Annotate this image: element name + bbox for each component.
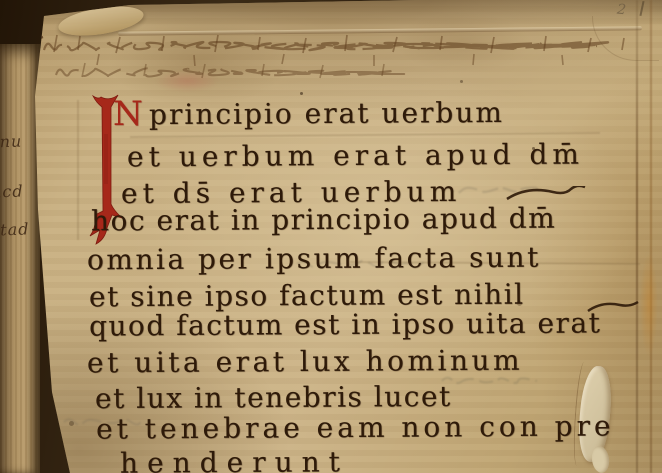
- folio-number: 2: [616, 2, 627, 19]
- manuscript-photo: rnu ncd stad: [0, 0, 662, 473]
- manuscript-text-line: hoc erat in principio apud dm̄: [91, 202, 556, 238]
- initial-letter-n: N: [113, 94, 143, 134]
- manuscript-text-line: et uerbum erat apud dm̄: [127, 138, 584, 174]
- edge-text-fragment: ncd: [0, 181, 24, 201]
- abbreviation-swash: [505, 186, 589, 204]
- manuscript-text-line: et tenebrae eam non con pre: [96, 409, 615, 445]
- parchment-page: N principio erat uerbumet uerbum erat ap…: [0, 0, 662, 473]
- wrinkle-line: [77, 100, 79, 240]
- gloss-line-2: [52, 56, 452, 90]
- manuscript-text-line: omnia per ipsum facta sunt: [87, 241, 541, 277]
- edge-text-fragment: rnu: [0, 131, 23, 151]
- manuscript-text-line: quod factum est in ipso uita erat: [89, 306, 602, 342]
- manuscript-text-line: principio erat uerbum: [149, 96, 504, 131]
- manuscript-text-line: henderunt: [120, 445, 349, 473]
- ink-specks: [300, 92, 303, 95]
- edge-text-fragment: stad: [0, 219, 30, 239]
- folio-tick-mark: [639, 1, 644, 16]
- under-leaf-edge: rnu ncd stad: [0, 44, 40, 473]
- manuscript-text-line: et uita erat lux hominum: [87, 344, 523, 380]
- parchment-scar: [590, 445, 611, 473]
- letter-t-swash: [586, 300, 640, 316]
- discoloration-patch: [638, 230, 660, 380]
